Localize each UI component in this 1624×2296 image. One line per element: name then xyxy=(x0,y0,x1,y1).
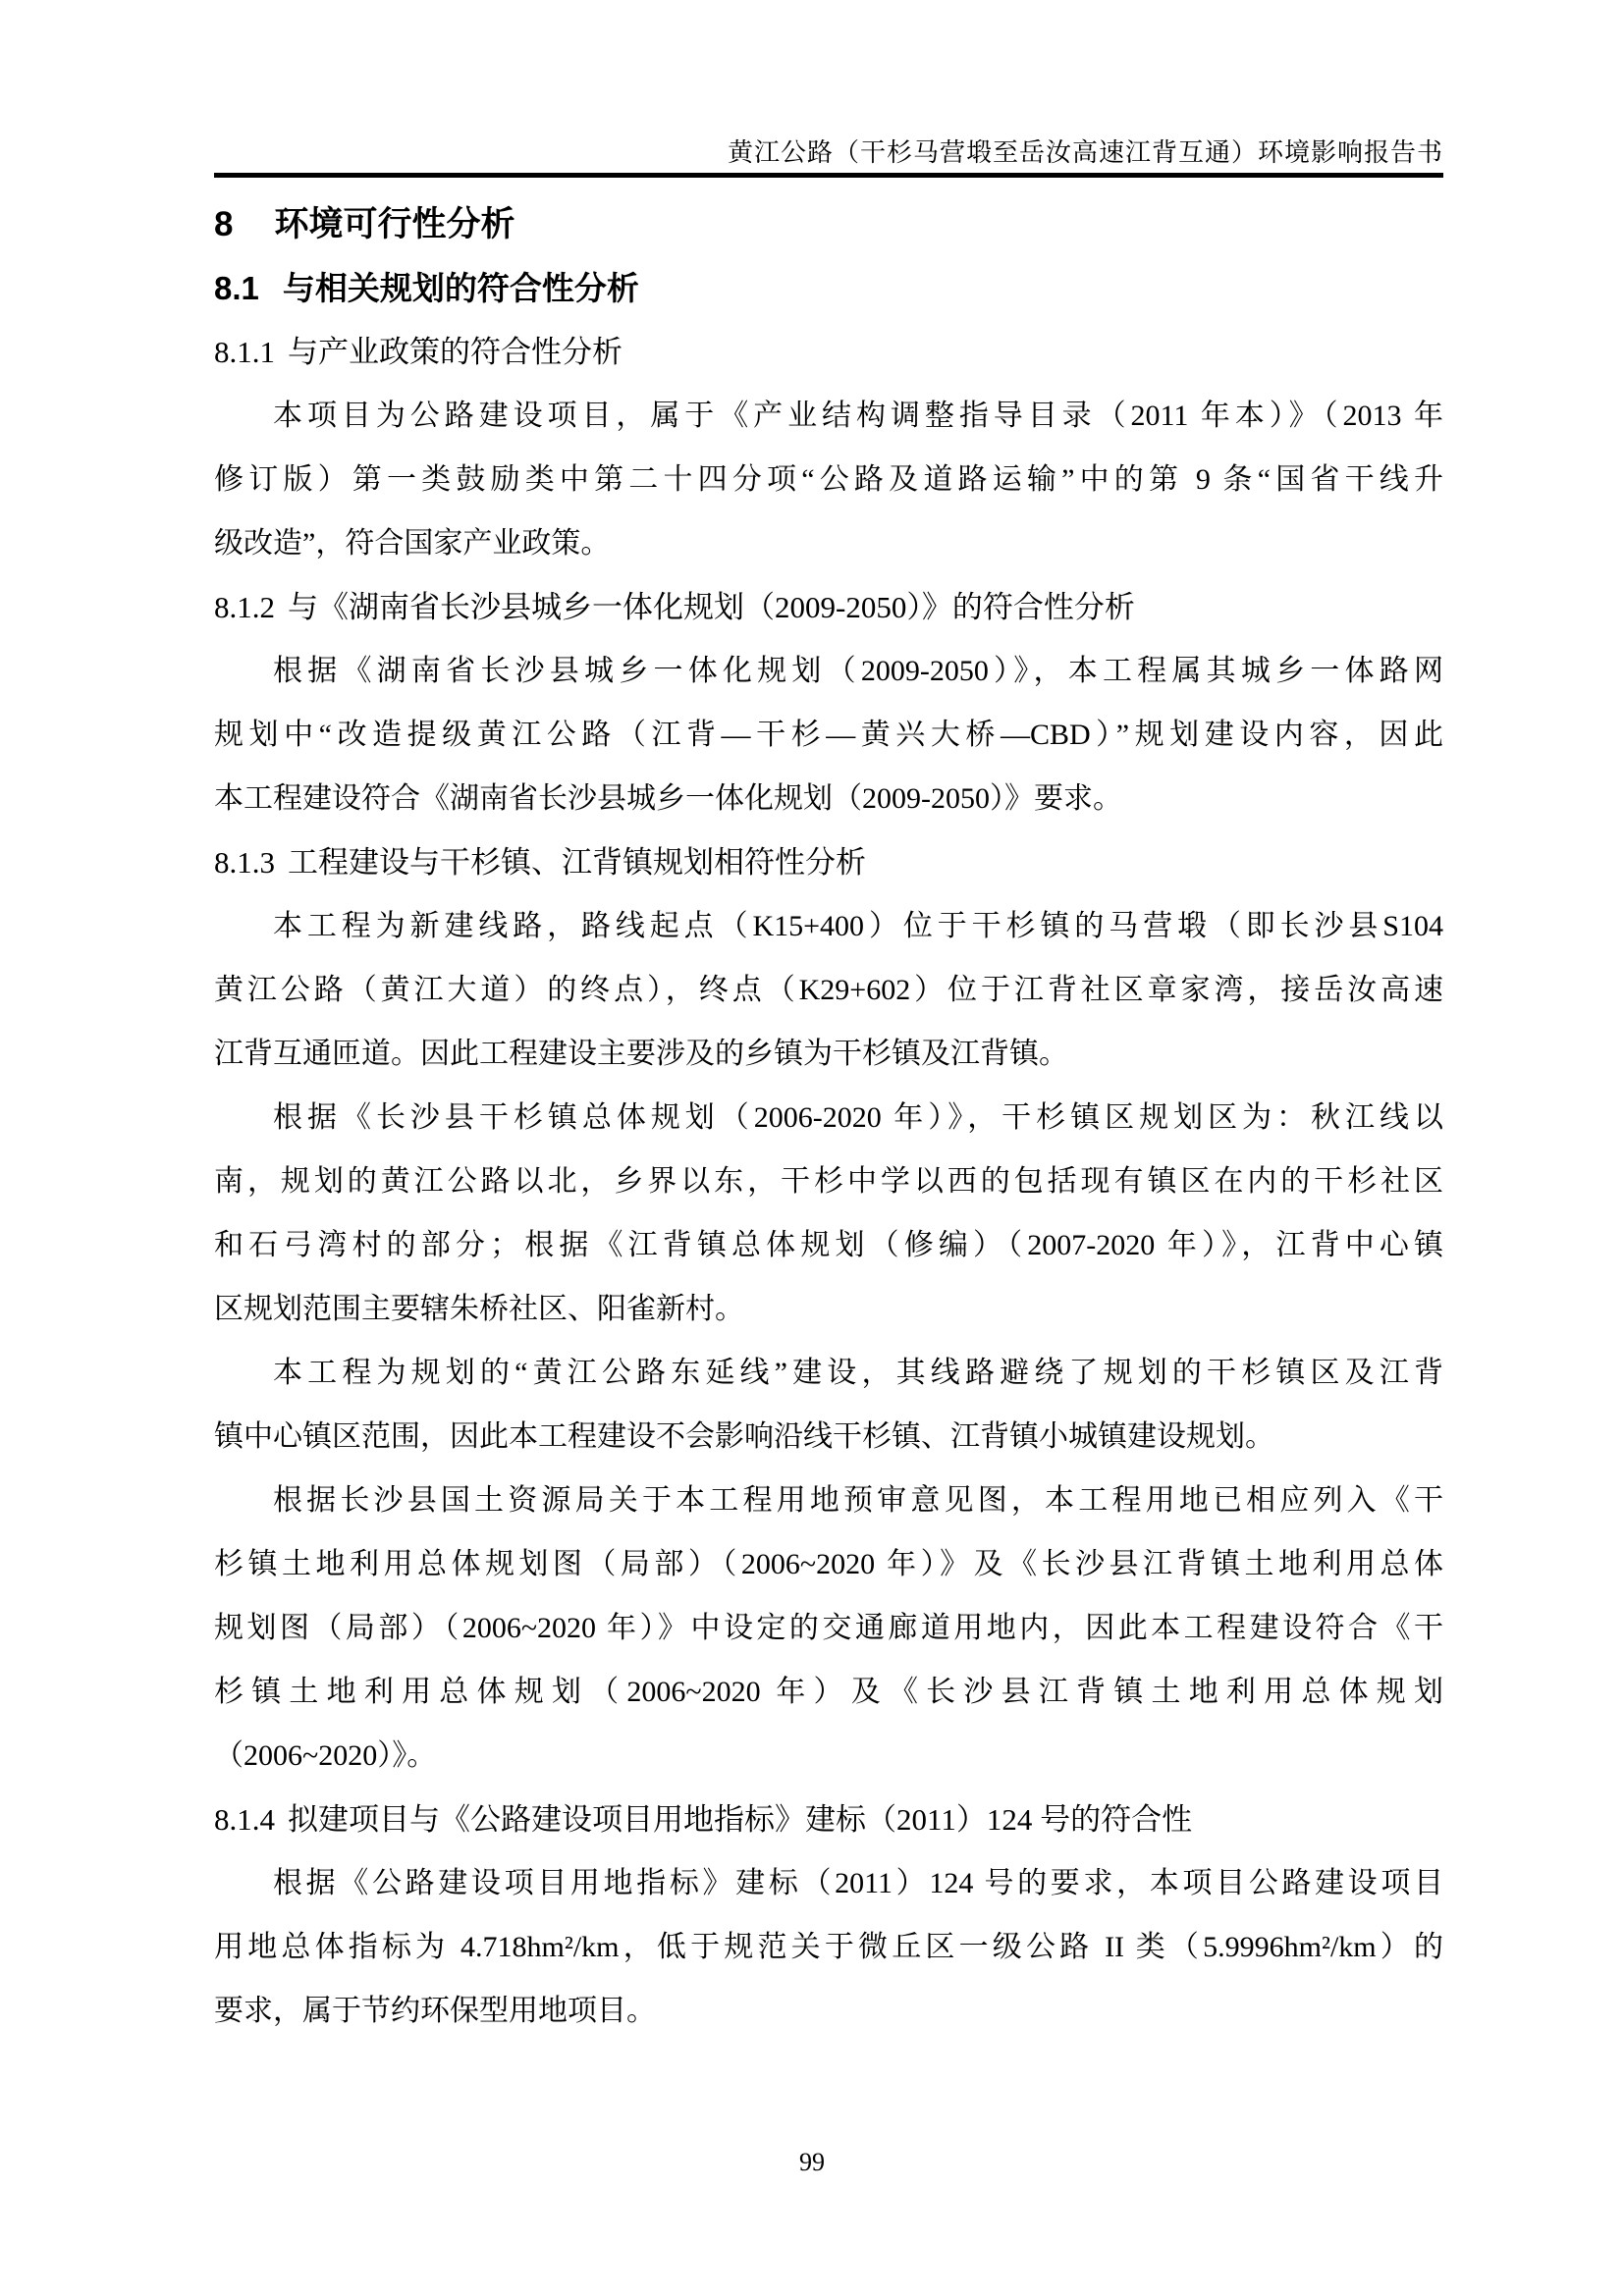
heading-8-1-3: 8.1.3工程建设与干杉镇、江背镇规划相符性分析 xyxy=(214,830,1443,894)
document-page: 黄江公路（干杉马营塅至岳汝高速江背互通）环境影响报告书 8环境可行性分析 8.1… xyxy=(0,0,1624,2296)
heading-8-1-4: 8.1.4拟建项目与《公路建设项目用地指标》建标（2011）124 号的符合性 xyxy=(214,1788,1443,1851)
para-line: 修订版）第一类鼓励类中第二十四分项“公路及道路运输”中的第 9 条“国省干线升 xyxy=(214,448,1443,511)
para-line: 南，规划的黄江公路以北，乡界以东，干杉中学以西的包括现有镇区在内的干杉社区 xyxy=(214,1149,1443,1213)
heading-number: 8.1.4 xyxy=(214,1802,275,1837)
heading-title: 与《湖南省长沙县城乡一体化规划（2009-2050）》的符合性分析 xyxy=(288,590,1135,624)
para-line: 规划中“改造提级黄江公路（江背—干杉—黄兴大桥—CBD）”规划建设内容，因此 xyxy=(214,703,1443,767)
paragraph: 本工程为新建线路，路线起点（K15+400）位于干杉镇的马营塅（即长沙县S104… xyxy=(214,894,1443,1086)
para-line: 要求，属于节约环保型用地项目。 xyxy=(214,1979,1443,2043)
heading-title: 与产业政策的符合性分析 xyxy=(288,335,623,369)
paragraph: 本项目为公路建设项目，属于《产业结构调整指导目录（2011 年本）》（2013 … xyxy=(214,384,1443,575)
para-line: 江背互通匝道。因此工程建设主要涉及的乡镇为干杉镇及江背镇。 xyxy=(214,1022,1443,1086)
para-line: 根据《湖南省长沙县城乡一体化规划（2009-2050）》，本工程属其城乡一体路网 xyxy=(214,639,1443,703)
heading-title: 环境可行性分析 xyxy=(274,205,514,243)
paragraph: 根据《公路建设项目用地指标》建标（2011）124 号的要求，本项目公路建设项目… xyxy=(214,1851,1443,2043)
heading-8-1-1: 8.1.1与产业政策的符合性分析 xyxy=(214,320,1443,384)
para-line: 根据《公路建设项目用地指标》建标（2011）124 号的要求，本项目公路建设项目 xyxy=(214,1851,1443,1915)
para-line: 级改造”，符合国家产业政策。 xyxy=(214,511,1443,575)
heading-number: 8.1.3 xyxy=(214,845,275,880)
heading-title: 工程建设与干杉镇、江背镇规划相符性分析 xyxy=(288,845,866,880)
heading-number: 8.1.2 xyxy=(214,590,275,624)
para-line: （2006~2020）》。 xyxy=(214,1724,1443,1788)
paragraph: 本工程为规划的“黄江公路东延线”建设，其线路避绕了规划的干杉镇区及江背 镇中心镇… xyxy=(214,1341,1443,1468)
para-line: 镇中心镇区范围，因此本工程建设不会影响沿线干杉镇、江背镇小城镇建设规划。 xyxy=(214,1405,1443,1468)
paragraph: 根据《湖南省长沙县城乡一体化规划（2009-2050）》，本工程属其城乡一体路网… xyxy=(214,639,1443,830)
running-title: 黄江公路（干杉马营塅至岳汝高速江背互通）环境影响报告书 xyxy=(214,138,1443,168)
heading-number: 8.1.1 xyxy=(214,335,275,369)
heading-number: 8 xyxy=(214,205,233,243)
para-line: 根据长沙县国土资源局关于本工程用地预审意见图，本工程用地已相应列入《干 xyxy=(214,1468,1443,1532)
heading-8-1-2: 8.1.2与《湖南省长沙县城乡一体化规划（2009-2050）》的符合性分析 xyxy=(214,575,1443,639)
para-line: 用地总体指标为 4.718hm²/km，低于规范关于微丘区一级公路 II 类（5… xyxy=(214,1915,1443,1979)
paragraph: 根据《长沙县干杉镇总体规划（2006-2020 年）》，干杉镇区规划区为：秋江线… xyxy=(214,1086,1443,1341)
document-body: 8环境可行性分析 8.1与相关规划的符合性分析 8.1.1与产业政策的符合性分析… xyxy=(214,192,1443,2043)
para-line: 规划图（局部）（2006~2020 年）》中设定的交通廊道用地内，因此本工程建设… xyxy=(214,1596,1443,1660)
para-line: 黄江公路（黄江大道）的终点），终点（K29+602）位于江背社区章家湾，接岳汝高… xyxy=(214,958,1443,1022)
paragraph: 根据长沙县国土资源局关于本工程用地预审意见图，本工程用地已相应列入《干 杉镇土地… xyxy=(214,1468,1443,1788)
heading-8: 8环境可行性分析 xyxy=(214,192,1443,256)
para-line: 本工程为规划的“黄江公路东延线”建设，其线路避绕了规划的干杉镇区及江背 xyxy=(214,1341,1443,1405)
para-line: 本项目为公路建设项目，属于《产业结构调整指导目录（2011 年本）》（2013 … xyxy=(214,384,1443,448)
page-number: 99 xyxy=(0,2148,1624,2177)
para-line: 本工程建设符合《湖南省长沙县城乡一体化规划（2009-2050）》要求。 xyxy=(214,767,1443,830)
heading-8-1: 8.1与相关规划的符合性分析 xyxy=(214,256,1443,320)
heading-number: 8.1 xyxy=(214,270,259,306)
para-line: 杉镇土地利用总体规划图（局部）（2006~2020 年）》及《长沙县江背镇土地利… xyxy=(214,1532,1443,1596)
para-line: 和石弓湾村的部分；根据《江背镇总体规划（修编）（2007-2020 年）》，江背… xyxy=(214,1213,1443,1277)
para-line: 根据《长沙县干杉镇总体规划（2006-2020 年）》，干杉镇区规划区为：秋江线… xyxy=(214,1086,1443,1149)
para-line: 杉镇土地利用总体规划（2006~2020 年）及《长沙县江背镇土地利用总体规划 xyxy=(214,1660,1443,1724)
heading-title: 拟建项目与《公路建设项目用地指标》建标（2011）124 号的符合性 xyxy=(288,1802,1192,1837)
para-line: 本工程为新建线路，路线起点（K15+400）位于干杉镇的马营塅（即长沙县S104 xyxy=(214,894,1443,958)
para-line: 区规划范围主要辖朱桥社区、阳雀新村。 xyxy=(214,1277,1443,1341)
heading-title: 与相关规划的符合性分析 xyxy=(283,270,639,306)
header-rule xyxy=(214,173,1443,178)
